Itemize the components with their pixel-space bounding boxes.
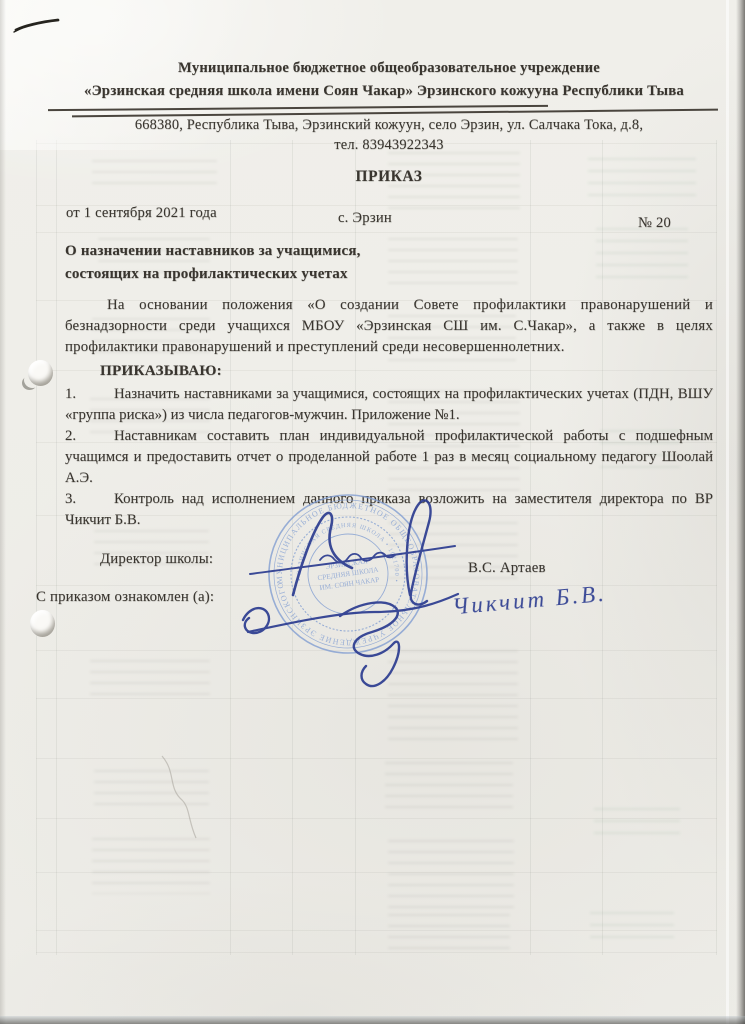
page-fold-highlight [726,0,729,1024]
bleed-grid-line [56,140,57,955]
scan-edge-left [0,0,6,1024]
org-address: 668380, Республика Тыва, Эрзинский кожуу… [65,117,713,134]
item-number: 2. [65,426,114,447]
org-phone: тел. 83943922343 [65,137,713,154]
order-resolve-word: ПРИКАЗЫВАЮ: [100,362,222,380]
bleed-ghost-text [388,914,510,950]
item-text: Назначить наставниками за учащимися, сос… [65,386,713,423]
pen-mark [10,14,66,36]
bleed-grid-line [36,818,717,819]
order-subject-line2: состоящих на профилактических учетах [65,263,585,286]
bleed-grid-line [716,140,717,955]
item-number: 1. [65,384,114,405]
bleed-ghost-text [92,838,210,894]
item-number: 3. [65,489,114,510]
org-name-line2: «Эрзинская средняя школа имени Соян Чака… [48,83,720,100]
order-subject: О назначении наставников за учащимися, с… [65,240,585,286]
director-ink-signature [190,460,710,710]
org-name-line1: Муниципальное бюджетное общеобразователь… [65,60,713,77]
bleed-ghost-text [596,228,688,288]
bleed-ghost-text [388,840,514,908]
bleed-ghost-text [594,808,680,842]
paper-crease-line [150,750,220,845]
bleed-grid-line [36,232,717,233]
bleed-grid-line [36,952,717,953]
order-item-1: 1.Назначить наставниками за учащимися, с… [65,384,713,426]
bleed-grid-line [36,930,717,931]
hole-punch-shadow [24,372,41,388]
hole-punch-bottom [30,610,55,637]
document-title: ПРИКАЗ [65,168,713,186]
bleed-grid-line [36,140,37,955]
acknowledgement-label: С приказом ознакомлен (а): [36,589,214,606]
order-place: с. Эрзин [338,210,392,227]
order-date: от 1 сентября 2021 года [66,205,217,222]
bleed-grid-line [36,758,717,759]
bleed-ghost-text [590,912,674,942]
bleed-grid-line [36,872,717,873]
scan-edge-right [736,0,745,1024]
order-subject-line1: О назначении наставников за учащимися, [65,240,585,263]
scanned-order-page: Муниципальное бюджетное общеобразователь… [0,0,745,1024]
bleed-ghost-text [385,762,513,814]
order-number: № 20 [638,215,671,232]
scan-edge-bottom [0,1016,745,1024]
order-preamble: На основании положения «О создании Совет… [65,295,713,358]
